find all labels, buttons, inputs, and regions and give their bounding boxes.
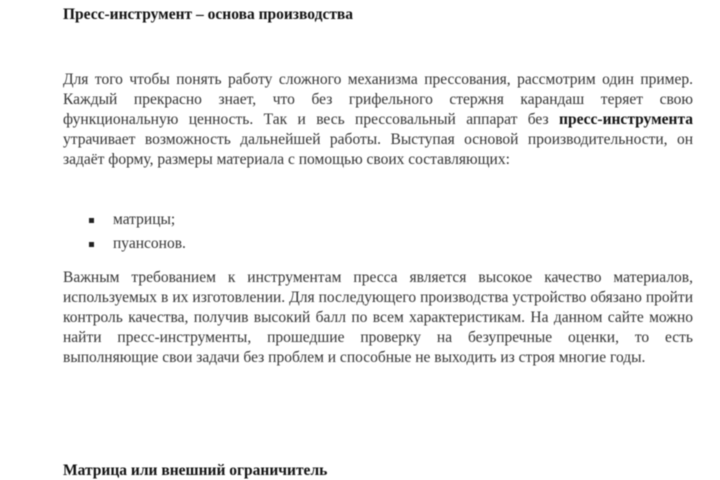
- list-item: матрицы;: [63, 208, 186, 232]
- intro-bold-term: пресс-инструмента: [559, 111, 693, 128]
- intro-text-end: утрачивает возможность дальнейшей работы…: [63, 131, 693, 168]
- section-heading-matrix: Матрица или внешний ограничитель: [63, 462, 327, 480]
- list-item: пуансонов.: [63, 232, 186, 256]
- quality-paragraph: Важным требованием к инструментам пресса…: [63, 268, 693, 368]
- intro-paragraph: Для того чтобы понять работу сложного ме…: [63, 70, 693, 170]
- document-page: Пресс-инструмент – основа производства Д…: [0, 0, 720, 480]
- components-list: матрицы; пуансонов.: [63, 208, 186, 256]
- section-heading-press-tool: Пресс-инструмент – основа производства: [63, 6, 353, 24]
